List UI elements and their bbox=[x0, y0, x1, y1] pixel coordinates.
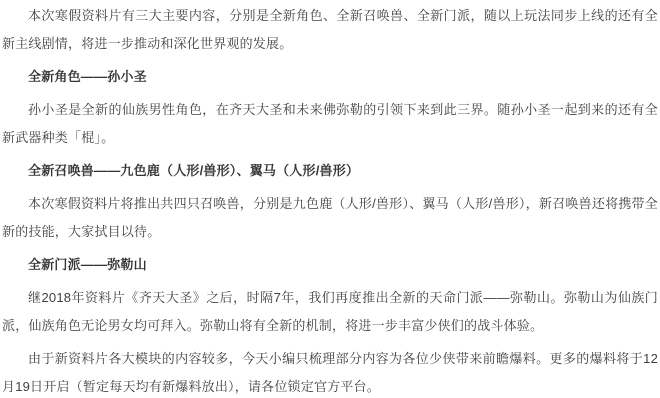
intro-paragraph: 本次寒假资料片有三大主要内容，分别是全新角色、全新召唤兽、全新门派，随以上玩法同… bbox=[2, 2, 658, 58]
new-school-paragraph: 继2018年资料片《齐天大圣》之后，时隔7年，我们再度推出全新的天命门派——弥勒… bbox=[2, 284, 658, 340]
section-heading-new-character: 全新角色——孙小圣 bbox=[2, 63, 658, 91]
section-heading-new-summons: 全新召唤兽——九色鹿（人形/兽形）、翼马（人形/兽形） bbox=[2, 157, 658, 185]
closing-paragraph: 由于新资料片各大模块的内容较多，今天小编只梳理部分内容为各位少侠带来前瞻爆料。更… bbox=[2, 345, 658, 398]
section-heading-new-school: 全新门派——弥勒山 bbox=[2, 251, 658, 279]
new-summons-paragraph: 本次寒假资料片将推出共四只召唤兽，分别是九色鹿（人形/兽形）、翼马（人形/兽形）… bbox=[2, 190, 658, 246]
new-character-paragraph: 孙小圣是全新的仙族男性角色，在齐天大圣和未来佛弥勒的引领下来到此三界。随孙小圣一… bbox=[2, 96, 658, 152]
article-body: 本次寒假资料片有三大主要内容，分别是全新角色、全新召唤兽、全新门派，随以上玩法同… bbox=[0, 0, 660, 398]
